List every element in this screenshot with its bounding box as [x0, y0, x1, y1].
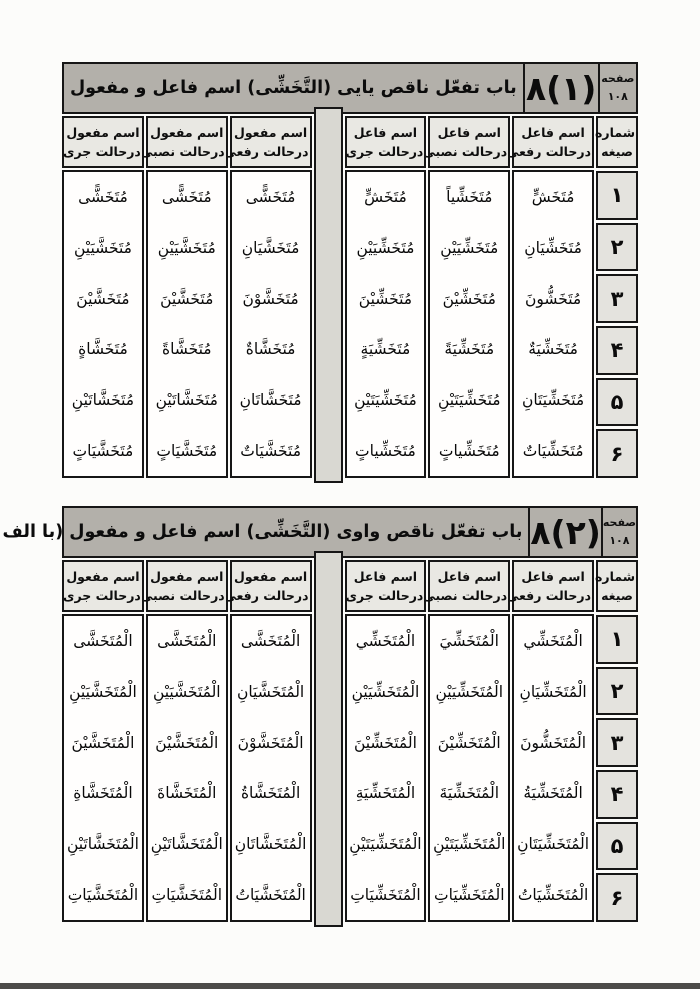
conjugated-word: مُتَخَشَّيَيْنِ — [148, 223, 226, 274]
column-header: اسم مفعولدرحالت رفعی — [230, 116, 312, 168]
declension-column: اسم مفعولدرحالت نصبیالْمُتَخَشَّىالْمُتَ… — [146, 560, 228, 922]
declension-column: اسم فاعلدرحالت رفعیمُتَخَشٍّمُتَخَشِّيَا… — [512, 116, 594, 478]
conjugated-word: مُتَخَشِّيَةٌ — [514, 324, 592, 375]
number-header-line1: شماره — [599, 125, 635, 140]
conjugated-word: الْمُتَخَشِّيْنَ — [347, 717, 425, 768]
column-word-box: الْمُتَخَشَّىالْمُتَخَشَّيَانِالْمُتَخَش… — [230, 614, 312, 922]
column-header-case: درحالت جری — [65, 144, 141, 159]
column-header: اسم فاعلدرحالت رفعی — [512, 560, 594, 612]
conjugated-word: مُتَخَشًّى — [232, 172, 310, 223]
declension-column: اسم مفعولدرحالت جریمُتَخَشًّىمُتَخَشَّيَ… — [62, 116, 144, 478]
table-grid: شمارهصیغه۱۲۳۴۵۶اسم فاعلدرحالت رفعیالْمُت… — [62, 560, 638, 922]
column-header: اسم مفعولدرحالت جری — [62, 560, 144, 612]
column-header: اسم فاعلدرحالت نصبی — [428, 560, 510, 612]
conjugated-word: الْمُتَخَشَّاتَانِ — [232, 819, 310, 870]
table-title-row: صفحه۱۰۸۸(۱)باب تفعّل ناقص یایی (التَّخَش… — [62, 62, 638, 114]
column-header: اسم مفعولدرحالت نصبی — [146, 560, 228, 612]
conjugated-word: مُتَخَشٍّ — [514, 172, 592, 223]
column-header-case: درحالت جری — [348, 144, 424, 159]
table-number-text: ۸(۲) — [530, 513, 600, 552]
page-reference-cell: صفحه۱۰۸ — [598, 64, 636, 112]
conjugated-word: الْمُتَخَشَّى — [148, 616, 226, 667]
row-number-cell: ۱ — [596, 171, 638, 220]
conjugated-word: مُتَخَشَّاةٍ — [64, 324, 142, 375]
conjugated-word: مُتَخَشَّاتَيْنِ — [148, 375, 226, 426]
group-separator-strip — [314, 116, 343, 478]
conjugated-word: مُتَخَشِّيَتَانِ — [514, 375, 592, 426]
conjugated-word: مُتَخَشٍّ — [347, 172, 425, 223]
column-word-box: مُتَخَشًّىمُتَخَشَّيَيْنِمُتَخَشَّيْنَمُ… — [146, 170, 228, 478]
column-header: اسم مفعولدرحالت رفعی — [230, 560, 312, 612]
scanned-book-page: { "colors": { "title_bg": "#b3b0aa", "he… — [0, 0, 700, 989]
page-bottom-scan-edge — [0, 983, 700, 989]
column-header-participle: اسم فاعل — [515, 125, 591, 140]
conjugated-word: الْمُتَخَشَّيَيْنِ — [148, 667, 226, 718]
table-title: باب تفعّل ناقص یایی (التَّخَشِّی) اسم فا… — [64, 64, 523, 112]
conjugated-word: مُتَخَشِّياتٍ — [347, 425, 425, 476]
conjugated-word: الْمُتَخَشِّيَيْنِ — [347, 667, 425, 718]
column-header-case: درحالت رفعی — [233, 144, 309, 159]
row-number-cell: ۴ — [596, 770, 638, 819]
number-column-header: شمارهصیغه — [596, 116, 638, 168]
number-column: شمارهصیغه۱۲۳۴۵۶ — [596, 116, 638, 478]
column-word-box: الْمُتَخَشَّىالْمُتَخَشَّيَيْنِالْمُتَخَ… — [146, 614, 228, 922]
page-word-label: صفحه — [603, 514, 636, 532]
conjugated-word: مُتَخَشَّيَاتٌ — [232, 425, 310, 476]
column-header-participle: اسم فاعل — [348, 569, 424, 584]
table-number-text: ۸(۱) — [526, 69, 596, 108]
conjugated-word: مُتَخَشِّيَتَيْنِ — [347, 375, 425, 426]
conjugated-word: مُتَخَشَّاةٌ — [232, 324, 310, 375]
column-word-box: مُتَخَشًّىمُتَخَشَّيَانِمُتَخَشَّوْنَمُت… — [230, 170, 312, 478]
conjugated-word: الْمُتَخَشَّى — [64, 616, 142, 667]
declension-column: اسم فاعلدرحالت رفعیالْمُتَخَشِّيالْمُتَخ… — [512, 560, 594, 922]
conjugated-word: الْمُتَخَشِّيَاتُ — [514, 869, 592, 920]
column-header: اسم فاعلدرحالت رفعی — [512, 116, 594, 168]
conjugation-table: صفحه۱۰۸۸(۲)باب تفعّل ناقص واوی (التَّخَش… — [62, 506, 638, 922]
conjugated-word: مُتَخَشَّاتَانِ — [232, 375, 310, 426]
column-word-box: الْمُتَخَشِّيَالْمُتَخَشِّيَيْنِالْمُتَخ… — [428, 614, 510, 922]
declension-column: اسم فاعلدرحالت جریالْمُتَخَشِّيالْمُتَخَ… — [345, 560, 427, 922]
conjugated-word: الْمُتَخَشِّيَاتِ — [430, 869, 508, 920]
conjugated-word: الْمُتَخَشِّيَتَيْنِ — [430, 819, 508, 870]
conjugated-word: مُتَخَشِّيَةً — [430, 324, 508, 375]
conjugated-word: الْمُتَخَشَّاةِ — [64, 768, 142, 819]
column-word-box: مُتَخَشٍّمُتَخَشِّيَانِمُتَخَشُّونَمُتَخ… — [512, 170, 594, 478]
conjugated-word: مُتَخَشِّيَيْنِ — [347, 223, 425, 274]
number-header-line1: شماره — [599, 569, 635, 584]
conjugated-word: الْمُتَخَشَّيَاتِ — [64, 869, 142, 920]
column-header-case: درحالت رفعی — [515, 144, 591, 159]
conjugated-word: مُتَخَشِّيَاتٌ — [514, 425, 592, 476]
conjugated-word: الْمُتَخَشَّيْنَ — [148, 717, 226, 768]
declension-column: اسم مفعولدرحالت جریالْمُتَخَشَّىالْمُتَخ… — [62, 560, 144, 922]
column-header-case: درحالت رفعی — [233, 588, 309, 603]
column-header: اسم مفعولدرحالت جری — [62, 116, 144, 168]
column-header-case: درحالت نصبی — [149, 144, 225, 159]
declension-column: اسم فاعلدرحالت نصبیالْمُتَخَشِّيَالْمُتَ… — [428, 560, 510, 922]
declension-column: اسم مفعولدرحالت رفعیمُتَخَشًّىمُتَخَشَّي… — [230, 116, 312, 478]
conjugated-word: مُتَخَشَّيَاتٍ — [148, 425, 226, 476]
declension-column: اسم مفعولدرحالت رفعیالْمُتَخَشَّىالْمُتَ… — [230, 560, 312, 922]
conjugated-word: مُتَخَشًّى — [148, 172, 226, 223]
conjugated-word: الْمُتَخَشَّاةَ — [148, 768, 226, 819]
page: صفحه۱۰۸۸(۱)باب تفعّل ناقص یایی (التَّخَش… — [0, 0, 700, 922]
column-word-box: الْمُتَخَشِّيالْمُتَخَشِّيَانِالْمُتَخَش… — [512, 614, 594, 922]
number-header-line2: صیغه — [599, 144, 635, 159]
row-number-cell: ۵ — [596, 822, 638, 871]
conjugated-word: مُتَخَشَّيَانِ — [232, 223, 310, 274]
conjugated-word: الْمُتَخَشَّاةُ — [232, 768, 310, 819]
conjugated-word: الْمُتَخَشَّيَانِ — [232, 667, 310, 718]
column-header-participle: اسم فاعل — [431, 125, 507, 140]
table-grid: شمارهصیغه۱۲۳۴۵۶اسم فاعلدرحالت رفعیمُتَخَ… — [62, 116, 638, 478]
conjugated-word: الْمُتَخَشِّي — [514, 616, 592, 667]
column-header-participle: اسم مفعول — [149, 569, 225, 584]
conjugated-word: مُتَخَشِّيَةٍ — [347, 324, 425, 375]
conjugated-word: الْمُتَخَشِّيَاتِ — [347, 869, 425, 920]
column-header-participle: اسم فاعل — [515, 569, 591, 584]
declension-column: اسم مفعولدرحالت نصبیمُتَخَشًّىمُتَخَشَّي… — [146, 116, 228, 478]
conjugated-word: الْمُتَخَشِّيَتَانِ — [514, 819, 592, 870]
row-number-cell: ۴ — [596, 326, 638, 375]
conjugated-word: الْمُتَخَشَّيَاتُ — [232, 869, 310, 920]
number-header-line2: صیغه — [599, 588, 635, 603]
column-header: اسم مفعولدرحالت نصبی — [146, 116, 228, 168]
conjugated-word: الْمُتَخَشِّيَتَيْنِ — [347, 819, 425, 870]
group-separator-strip-fill — [314, 107, 343, 483]
conjugated-word: الْمُتَخَشِّي — [347, 616, 425, 667]
conjugated-word: الْمُتَخَشَّيَاتِ — [148, 869, 226, 920]
page-word-label: صفحه — [601, 70, 634, 88]
conjugated-word: الْمُتَخَشَّيْنَ — [64, 717, 142, 768]
column-header-case: درحالت جری — [348, 588, 424, 603]
conjugated-word: الْمُتَخَشِّيَ — [430, 616, 508, 667]
conjugated-word: مُتَخَشَّاةً — [148, 324, 226, 375]
table-gap — [62, 478, 638, 506]
row-number-cell: ۳ — [596, 274, 638, 323]
conjugated-word: مُتَخَشِّيَيْنِ — [430, 223, 508, 274]
row-number-cell: ۶ — [596, 429, 638, 478]
column-word-box: الْمُتَخَشَّىالْمُتَخَشَّيَيْنِالْمُتَخَ… — [62, 614, 144, 922]
conjugated-word: مُتَخَشَّوْنَ — [232, 273, 310, 324]
conjugated-word: مُتَخَشَّيَيْنِ — [64, 223, 142, 274]
number-column: شمارهصیغه۱۲۳۴۵۶ — [596, 560, 638, 922]
table-title-row: صفحه۱۰۸۸(۲)باب تفعّل ناقص واوی (التَّخَش… — [62, 506, 638, 558]
conjugated-word: الْمُتَخَشَّوْنَ — [232, 717, 310, 768]
number-column-header: شمارهصیغه — [596, 560, 638, 612]
conjugated-word: مُتَخَشًّى — [64, 172, 142, 223]
row-number-cell: ۱ — [596, 615, 638, 664]
conjugated-word: الْمُتَخَشَّيَيْنِ — [64, 667, 142, 718]
column-word-box: مُتَخَشِّياًمُتَخَشِّيَيْنِمُتَخَشِّيْنَ… — [428, 170, 510, 478]
column-header-participle: اسم مفعول — [233, 125, 309, 140]
conjugated-word: الْمُتَخَشَّاتَيْنِ — [64, 819, 142, 870]
conjugated-word: مُتَخَشَّيَاتٍ — [64, 425, 142, 476]
conjugated-word: الْمُتَخَشِّيَةِ — [347, 768, 425, 819]
column-header-participle: اسم مفعول — [65, 569, 141, 584]
table-number-badge: ۸(۲) — [528, 508, 600, 556]
conjugated-word: الْمُتَخَشَّاتَيْنِ — [148, 819, 226, 870]
conjugated-word: مُتَخَشِّيَانِ — [514, 223, 592, 274]
page-number: ۱۰۸ — [608, 88, 628, 106]
column-word-box: الْمُتَخَشِّيالْمُتَخَشِّيَيْنِالْمُتَخَ… — [345, 614, 427, 922]
column-header-participle: اسم مفعول — [65, 125, 141, 140]
page-number: ۱۰۸ — [609, 532, 629, 550]
column-header-participle: اسم مفعول — [233, 569, 309, 584]
column-header-case: درحالت نصبی — [431, 588, 507, 603]
conjugated-word: مُتَخَشِّياً — [430, 172, 508, 223]
column-header: اسم فاعلدرحالت جری — [345, 116, 427, 168]
conjugated-word: الْمُتَخَشِّيَانِ — [514, 667, 592, 718]
column-header-case: درحالت نصبی — [149, 588, 225, 603]
conjugated-word: مُتَخَشِّياتٍ — [430, 425, 508, 476]
conjugated-word: الْمُتَخَشِّيَةَ — [430, 768, 508, 819]
column-word-box: مُتَخَشٍّمُتَخَشِّيَيْنِمُتَخَشِّيْنَمُت… — [345, 170, 427, 478]
row-number-cell: ۳ — [596, 718, 638, 767]
conjugated-word: مُتَخَشِّيْنَ — [430, 273, 508, 324]
row-number-cell: ۲ — [596, 223, 638, 272]
group-separator-strip — [314, 560, 343, 922]
conjugated-word: مُتَخَشُّونَ — [514, 273, 592, 324]
group-separator-strip-fill — [314, 551, 343, 927]
column-header: اسم فاعلدرحالت جری — [345, 560, 427, 612]
conjugated-word: مُتَخَشَّيْنَ — [148, 273, 226, 324]
row-number-cell: ۶ — [596, 873, 638, 922]
declension-column: اسم فاعلدرحالت جریمُتَخَشٍّمُتَخَشِّيَيْ… — [345, 116, 427, 478]
conjugation-table: صفحه۱۰۸۸(۱)باب تفعّل ناقص یایی (التَّخَش… — [62, 62, 638, 478]
page-reference-cell: صفحه۱۰۸ — [601, 508, 636, 556]
conjugated-word: الْمُتَخَشَّى — [232, 616, 310, 667]
conjugated-word: مُتَخَشِّيَتَيْنِ — [430, 375, 508, 426]
conjugated-word: الْمُتَخَشِّيْنَ — [430, 717, 508, 768]
conjugated-word: مُتَخَشِّيْنَ — [347, 273, 425, 324]
column-header-case: درحالت نصبی — [431, 144, 507, 159]
column-word-box: مُتَخَشًّىمُتَخَشَّيَيْنِمُتَخَشَّيْنَمُ… — [62, 170, 144, 478]
row-number-cell: ۲ — [596, 667, 638, 716]
table-title: باب تفعّل ناقص واوی (التَّخَشِّی) اسم فا… — [0, 508, 528, 556]
conjugated-word: الْمُتَخَشِّيَةُ — [514, 768, 592, 819]
declension-column: اسم فاعلدرحالت نصبیمُتَخَشِّياًمُتَخَشِّ… — [428, 116, 510, 478]
conjugated-word: مُتَخَشَّاتَيْنِ — [64, 375, 142, 426]
conjugated-word: مُتَخَشَّيْنَ — [64, 273, 142, 324]
conjugated-word: الْمُتَخَشُّونَ — [514, 717, 592, 768]
conjugated-word: الْمُتَخَشِّيَيْنِ — [430, 667, 508, 718]
column-header-participle: اسم مفعول — [149, 125, 225, 140]
column-header-case: درحالت رفعی — [515, 588, 591, 603]
table-number-badge: ۸(۱) — [523, 64, 598, 112]
column-header-case: درحالت جری — [65, 588, 141, 603]
column-header: اسم فاعلدرحالت نصبی — [428, 116, 510, 168]
row-number-cell: ۵ — [596, 378, 638, 427]
column-header-participle: اسم فاعل — [348, 125, 424, 140]
column-header-participle: اسم فاعل — [431, 569, 507, 584]
